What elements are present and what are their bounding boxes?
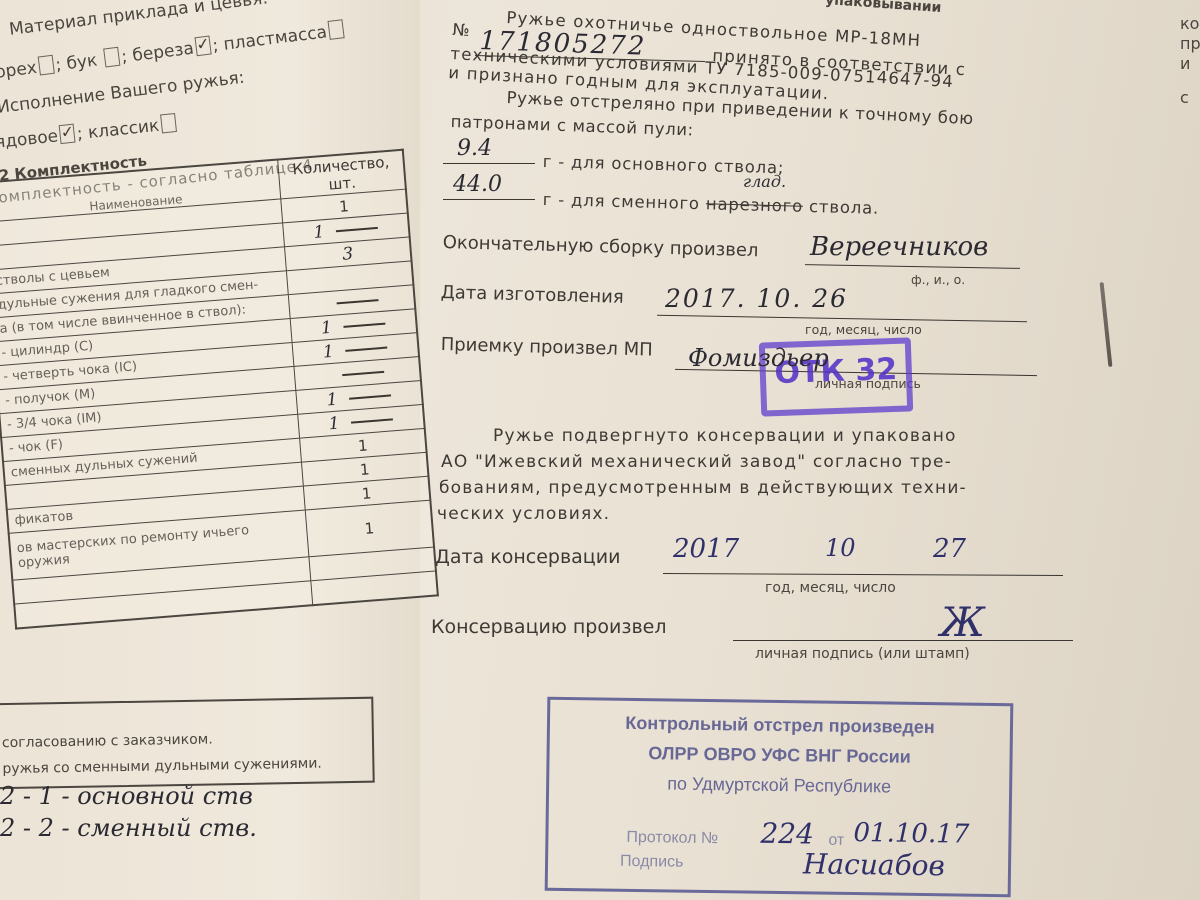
handwritten-qty xyxy=(329,366,331,386)
option-plastic-label: пластмасса xyxy=(222,22,328,55)
stamp-line-1: Контрольный отстрел произведен xyxy=(550,712,1010,739)
conservation-signature: Ж xyxy=(940,600,985,646)
far-right-fragment: ко пр и с xyxy=(1180,14,1200,108)
handwritten-qty: 1 xyxy=(313,222,325,243)
conservation-para-4: ческих условиях. xyxy=(437,504,610,524)
handwritten-qty: 1 xyxy=(322,341,334,362)
handwritten-qty: 1 xyxy=(328,413,340,434)
stamp-signature: Насиабов xyxy=(803,847,945,882)
acceptance-label: Приемку произвел МП xyxy=(440,334,652,361)
assembly-underline xyxy=(805,264,1020,269)
conservation-para-2: АО "Ижевский механический завод" согласн… xyxy=(441,452,952,472)
dash-mark xyxy=(344,323,386,328)
top-fragment: упаковывании xyxy=(825,0,942,16)
checkbox-plastic[interactable] xyxy=(328,19,345,40)
fragment-2: пр xyxy=(1180,34,1200,54)
handwritten-qty: 1 xyxy=(326,389,338,410)
assembly-sublabel: ф., и., о. xyxy=(911,272,965,287)
bullet-alt-label: г - для сменного нарезного ствола. xyxy=(543,190,880,218)
fragment-4: с xyxy=(1180,88,1200,108)
option-classic-label: классик xyxy=(87,116,160,143)
version-options: ядовое; классик xyxy=(0,113,179,153)
dash-mark xyxy=(337,299,379,304)
bullet-alt-label-end: ствола. xyxy=(809,197,879,218)
stamp-signature-label: Подпись xyxy=(620,853,684,872)
control-shot-stamp: Контрольный отстрел произведен ОЛРР ОВРО… xyxy=(545,697,1014,897)
assembly-signature: Вереечников xyxy=(810,232,988,262)
handwritten-qty xyxy=(324,294,326,314)
bullet-alt-label-start: г - для сменного xyxy=(543,190,701,213)
manufacture-label: Дата изготовления xyxy=(440,282,624,308)
bullet-main-underline xyxy=(443,163,535,164)
acceptance-signature: Фомиздьер xyxy=(688,344,829,372)
conservation-by-underline xyxy=(733,640,1073,641)
footnote-1: согласованию с заказчиком. xyxy=(2,731,213,751)
option-beech-label: бук xyxy=(65,50,98,74)
dash-mark xyxy=(351,418,393,423)
stamp-protocol-label: Протокол № xyxy=(626,829,718,848)
handwritten-qty: 3 xyxy=(342,243,354,264)
manufacture-date: 2017. 10. 26 xyxy=(665,284,848,313)
bullet-alt-value: 44.0 xyxy=(453,172,502,197)
conservation-year: 2017 xyxy=(673,534,739,564)
stamp-line-2: ОЛРР ОВРО УФС ВНГ России xyxy=(549,742,1009,769)
conservation-date-underline xyxy=(663,573,1063,576)
checkbox-beech[interactable] xyxy=(103,47,120,68)
fragment-3: и xyxy=(1180,54,1200,74)
dash-mark xyxy=(346,347,388,352)
footnotes-box: согласованию с заказчиком. ружья со смен… xyxy=(0,697,375,790)
option-birch-label: береза xyxy=(131,39,195,66)
conservation-day: 27 xyxy=(933,534,966,564)
bullet-main-value: 9.4 xyxy=(457,136,492,161)
bullet-alt-struck-word: нарезного xyxy=(706,194,804,216)
checkbox-standard[interactable] xyxy=(59,124,76,144)
dash-mark xyxy=(349,394,391,399)
stamp-protocol-number: 224 xyxy=(760,817,814,851)
bullet-alt-correction: глад. xyxy=(743,172,786,191)
conservation-date-sublabel: год, месяц, число xyxy=(765,580,896,596)
assembly-label: Окончательную сборку произвел xyxy=(442,232,758,261)
checkbox-birch[interactable] xyxy=(194,36,211,57)
dash-mark xyxy=(336,227,378,232)
stamp-protocol-date: 01.10.17 xyxy=(853,818,969,850)
footnote-2: ружья со сменными дульными сужениями. xyxy=(2,756,322,778)
conservation-para-1: Ружье подвергнуто консервации и упакован… xyxy=(493,426,957,446)
conservation-by-sublabel: личная подпись (или штамп) xyxy=(755,646,970,662)
dash-mark xyxy=(342,371,384,376)
conservation-date-label: Дата консервации xyxy=(435,546,620,568)
conservation-month: 10 xyxy=(825,534,856,562)
serial-prefix: № xyxy=(452,20,471,40)
stamp-line-3: по Удмуртской Республике xyxy=(549,772,1009,799)
option-standard-label: ядовое xyxy=(0,126,59,153)
handwritten-note-2: 2 - 2 - сменный ств. xyxy=(0,814,257,842)
fragment-1: ко xyxy=(1180,14,1200,34)
checkbox-oak[interactable] xyxy=(37,55,54,76)
conservation-by-label: Консервацию произвел xyxy=(431,616,666,638)
manufacture-sublabel: год, месяц, число xyxy=(805,322,922,337)
kit-table: 4 Наименование Количество, шт. 11стволы … xyxy=(0,149,439,630)
handwritten-qty: 1 xyxy=(320,317,332,338)
handwritten-note-1: 2 - 1 - основной ств xyxy=(0,782,253,810)
conservation-para-3: бованиям, предусмотренным в действующих … xyxy=(439,478,967,498)
option-oak-label: орех xyxy=(0,58,38,83)
bullet-alt-underline xyxy=(443,199,535,200)
left-page: Материал приклада и цевья: орех; бук ; б… xyxy=(0,0,420,900)
checkbox-classic[interactable] xyxy=(160,113,177,133)
